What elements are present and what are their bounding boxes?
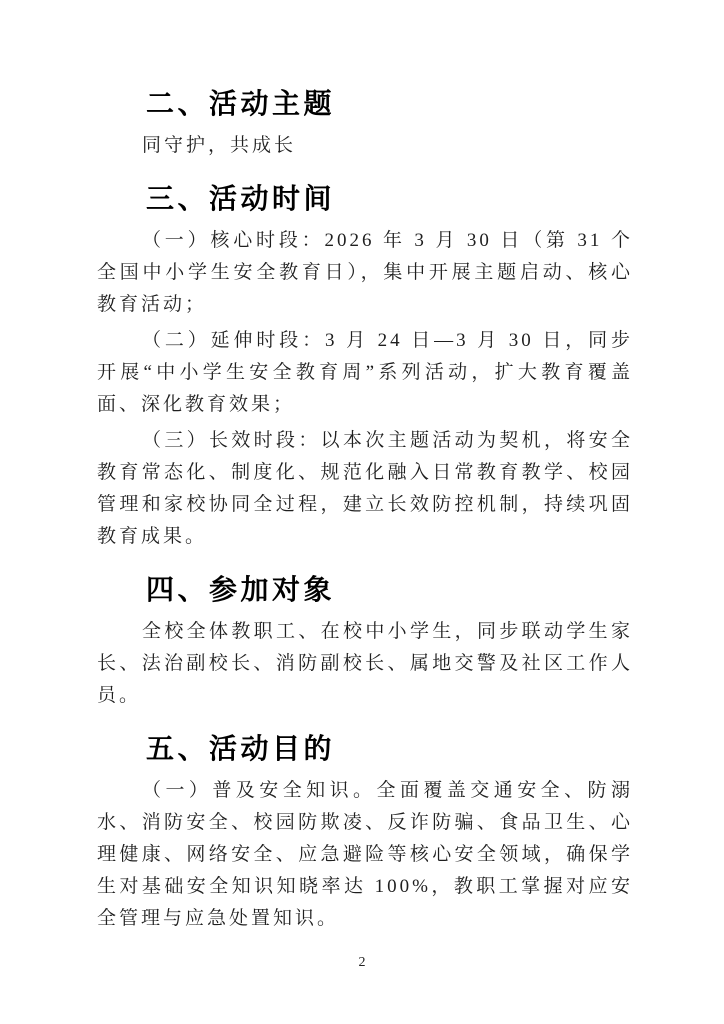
document-body: 二、活动主题 同守护，共成长 三、活动时间 （一）核心时段：2026 年 3 月…	[97, 87, 633, 939]
body-paragraph-theme-slogan: 同守护，共成长	[97, 130, 633, 162]
page-number: 2	[0, 953, 724, 973]
body-paragraph-participants: 全校全体教职工、在校中小学生，同步联动学生家长、法治副校长、消防副校长、属地交警…	[97, 616, 633, 712]
body-paragraph-core-period: （一）核心时段：2026 年 3 月 30 日（第 31 个全国中小学生安全教育…	[97, 225, 633, 321]
document-page: 二、活动主题 同守护，共成长 三、活动时间 （一）核心时段：2026 年 3 月…	[0, 0, 724, 1024]
body-paragraph-extended-period: （二）延伸时段：3 月 24 日—3 月 30 日，同步开展“中小学生安全教育周…	[97, 325, 633, 421]
section-heading-activity-purpose: 五、活动目的	[97, 732, 633, 766]
section-heading-activity-theme: 二、活动主题	[97, 87, 633, 121]
section-heading-participants: 四、参加对象	[97, 573, 633, 607]
section-heading-activity-time: 三、活动时间	[97, 182, 633, 216]
body-paragraph-longterm-period: （三）长效时段：以本次主题活动为契机，将安全教育常态化、制度化、规范化融入日常教…	[97, 425, 633, 553]
body-paragraph-purpose-knowledge: （一）普及安全知识。全面覆盖交通安全、防溺水、消防安全、校园防欺凌、反诈防骗、食…	[97, 775, 633, 935]
